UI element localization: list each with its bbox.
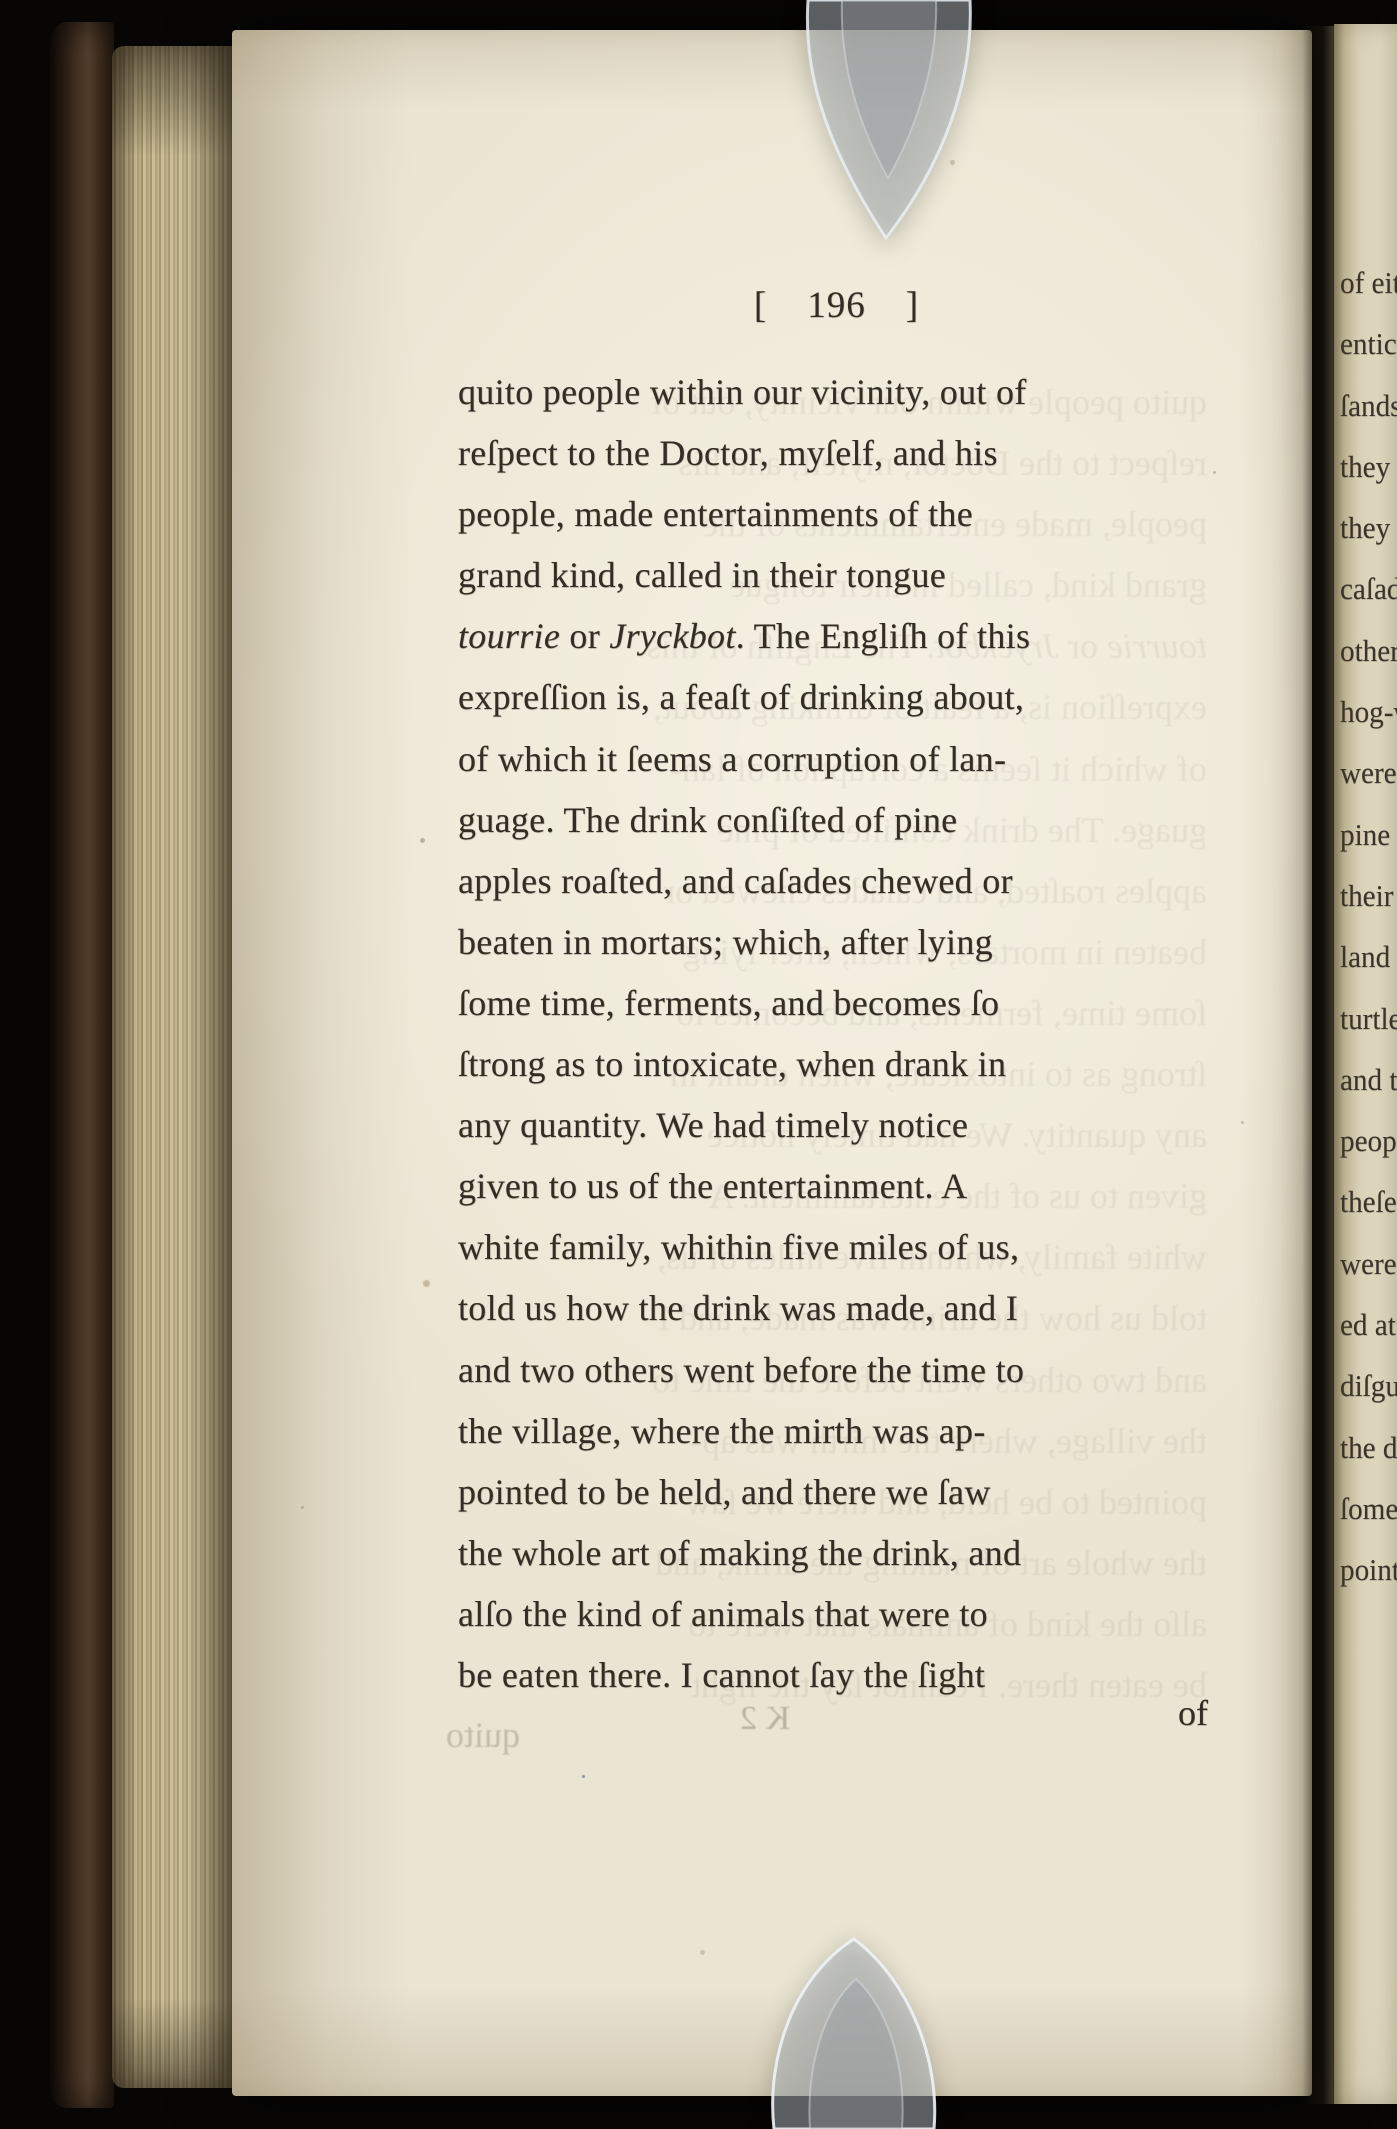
text-line: the village, where the mirth was ap-: [458, 1401, 1215, 1462]
text-line: people, made entertainments of the: [458, 484, 1215, 545]
edge-fragment-line: their l: [1340, 865, 1397, 926]
book-photo: of eithenticinſandsthey ſqthey hacaſadeo…: [0, 0, 1397, 2129]
page-gap-shadow: [1302, 26, 1338, 2104]
text-line: the whole art of making the drink, and: [458, 1523, 1215, 1584]
page-header: [196]: [458, 284, 1215, 327]
paper-specks: [0, 0, 5, 5]
edge-fragment-line: pine a: [1340, 804, 1397, 865]
page-stack-fore-edge: [112, 46, 234, 2088]
edge-fragment-line: ed at: [1340, 1294, 1397, 1355]
text-line: pointed to be held, and there we ſaw: [458, 1462, 1215, 1523]
text-line: apples roaſted, and caſades chewed or: [458, 851, 1215, 912]
text-line: white family, whithin five miles of us,: [458, 1217, 1215, 1278]
edge-fragment-line: land t: [1340, 926, 1397, 987]
body-text: quito people within our vicinity, out of…: [458, 362, 1215, 1706]
right-page-edge: of eithenticinſandsthey ſqthey hacaſadeo…: [1334, 24, 1397, 2104]
text-line: any quantity. We had timely notice: [458, 1095, 1215, 1156]
edge-fragment-line: other: [1340, 620, 1397, 681]
edge-fragment-line: turtle,: [1340, 988, 1397, 1049]
edge-fragment-line: pointe: [1340, 1539, 1397, 1600]
catchword: of: [458, 1692, 1208, 1734]
edge-fragment-line: the da: [1340, 1417, 1397, 1478]
text-line: told us how the drink was made, and I: [458, 1278, 1215, 1339]
edge-fragment-line: enticin: [1340, 313, 1397, 374]
edge-fragment-line: theſe: [1340, 1171, 1397, 1232]
text-line: expreſſion is, a feaſt of drinking about…: [458, 667, 1215, 728]
edge-fragment-line: peopl: [1340, 1110, 1397, 1171]
text-line: alſo the kind of animals that were to: [458, 1584, 1215, 1645]
edge-fragment-line: hog-w: [1340, 681, 1397, 742]
text-line: ſtrong as to intoxicate, when drank in: [458, 1034, 1215, 1095]
edge-fragment-line: and ti: [1340, 1049, 1397, 1110]
text-line: tourrie or Jryckbot. The Engliſh of this: [458, 606, 1215, 667]
text-line: grand kind, called in their tongue: [458, 545, 1215, 606]
text-line: beaten in mortars; which, after lying: [458, 912, 1215, 973]
edge-fragment-line: were: [1340, 742, 1397, 803]
text-line: of which it ſeems a corruption of lan-: [458, 729, 1215, 790]
edge-fragment-line: ſome: [1340, 1478, 1397, 1539]
edge-fragment-line: diſguſ: [1340, 1355, 1397, 1416]
text-line: guage. The drink conſiſted of pine: [458, 790, 1215, 851]
edge-fragments: of eithenticinſandsthey ſqthey hacaſadeo…: [1340, 252, 1397, 1601]
page-number: 196: [807, 284, 866, 327]
text-line: ſome time, ferments, and becomes ſo: [458, 973, 1215, 1034]
header-open-bracket: [: [754, 285, 767, 326]
edge-fragment-line: caſade: [1340, 558, 1397, 619]
text-line: given to us of the entertainment. A: [458, 1156, 1215, 1217]
edge-fragment-line: they ha: [1340, 497, 1397, 558]
text-line: quito people within our vicinity, out of: [458, 362, 1215, 423]
edge-fragment-line: of eith: [1340, 252, 1397, 313]
book-cover-edge: [50, 22, 114, 2108]
edge-fragment-line: they ſq: [1340, 436, 1397, 497]
text-line: reſpect to the Doctor, myſelf, and his: [458, 423, 1215, 484]
text-line: and two others went before the time to: [458, 1340, 1215, 1401]
edge-fragment-line: were: [1340, 1233, 1397, 1294]
header-close-bracket: ]: [906, 285, 919, 326]
edge-fragment-line: ſands: [1340, 375, 1397, 436]
